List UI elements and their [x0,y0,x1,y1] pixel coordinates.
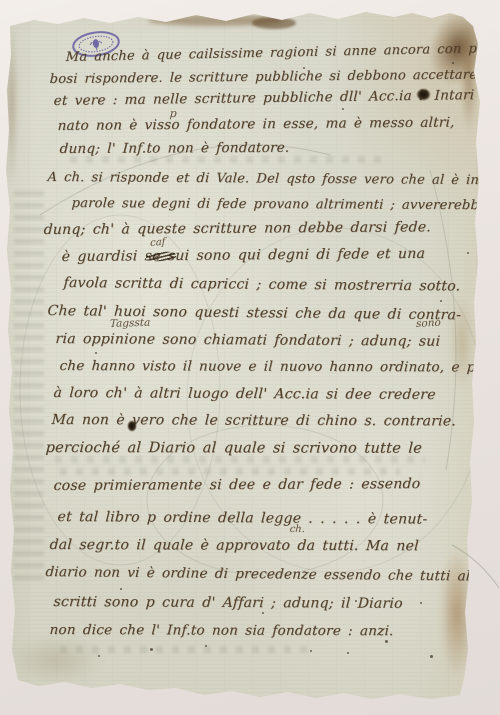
interlinear-insertion-4: sono [416,317,441,330]
ink-speck [150,648,153,651]
manuscript-line-8: dunq; ch' à queste scritture non debbe d… [43,219,431,238]
manuscript-line-10: favola scritta di capricci ; come si mos… [63,275,461,294]
ink-speck [430,655,433,658]
verso-show-through [55,456,425,463]
verso-show-through [60,468,400,475]
ink-speck [440,300,442,302]
ink-speck [342,108,344,110]
manuscript-line-5: dunq; l' Inf.to non è fondatore. [59,140,290,157]
manuscript-line-20: diario non vi è ordine di precedenze ess… [45,564,471,584]
interlinear-insertion-3: Tagssta [110,317,151,330]
ink-speck [262,612,264,614]
manuscript-line-2: bosi rispondere. le scritture pubbliche … [49,68,477,87]
manuscript-line-3: et vere : ma nelle scritture pubbliche d… [53,87,474,109]
ink-speck [385,640,388,643]
edge-stain [5,24,18,184]
ink-speck [467,252,469,254]
manuscript-line-4: nato non è visso fondatore in esse, ma è… [57,115,455,134]
manuscript-line-6: A ch. si risponde et di Vale. Del qsto f… [47,170,493,188]
scan-background: Ma anche à que cailsissime ragioni si an… [0,0,500,715]
manuscript-line-14: à loro ch' à altri luogo dell' Acc.ia si… [53,385,436,403]
manuscript-line-22: non dice che l' Inf.to non sia fondatore… [49,622,394,639]
manuscript-line-17: cose primieramente si dee e dar fede : e… [53,476,421,494]
interlinear-insertion-5: ch. [289,524,305,535]
ink-speck [88,600,90,602]
interlinear-insertion-1: caf [150,237,166,249]
ink-speck [303,67,305,69]
verso-show-through [70,156,390,163]
manuscript-line-1: Ma anche à que cailsissime ragioni si an… [66,41,500,65]
verso-show-through [60,646,310,653]
edge-stain [252,17,296,29]
manuscript-page: Ma anche à que cailsissime ragioni si an… [0,0,500,715]
manuscript-line-13: che hanno visto il nuove e il nuovo hann… [59,358,489,375]
manuscript-line-9: è guardisi se sui sono qui degni di fede… [61,246,425,265]
ink-speck [355,600,357,602]
manuscript-line-7: parole sue degni di fede provano altrime… [71,196,487,213]
manuscript-line-21: scritti sono p cura d' Affari ; adunq; i… [53,594,403,612]
ink-blot [127,420,137,432]
ink-speck [205,645,207,647]
manuscript-line-16: percioché al Diario al quale si scrivono… [45,440,422,457]
ink-speck [420,602,422,604]
ink-speck [95,352,97,354]
manuscript-line-15: Ma non è vero che le scritture di chino … [51,412,456,429]
verso-show-through [14,190,44,580]
ink-speck [98,655,100,657]
ink-blot [416,88,431,101]
ink-speck [347,652,349,654]
manuscript-line-12: ria oppinione sono chiamati fondatori ; … [55,331,441,350]
interlinear-insertion-2: p [169,107,177,120]
ink-speck [120,588,122,590]
manuscript-line-18: et tal libro p ordine della legge . . . … [57,509,428,528]
ink-speck [452,62,454,64]
manuscript-line-19: dal segr.to il quale è approvato da tutt… [49,537,419,554]
corner-stain [8,634,103,686]
ink-speck [310,650,312,652]
edge-stain [148,15,283,26]
